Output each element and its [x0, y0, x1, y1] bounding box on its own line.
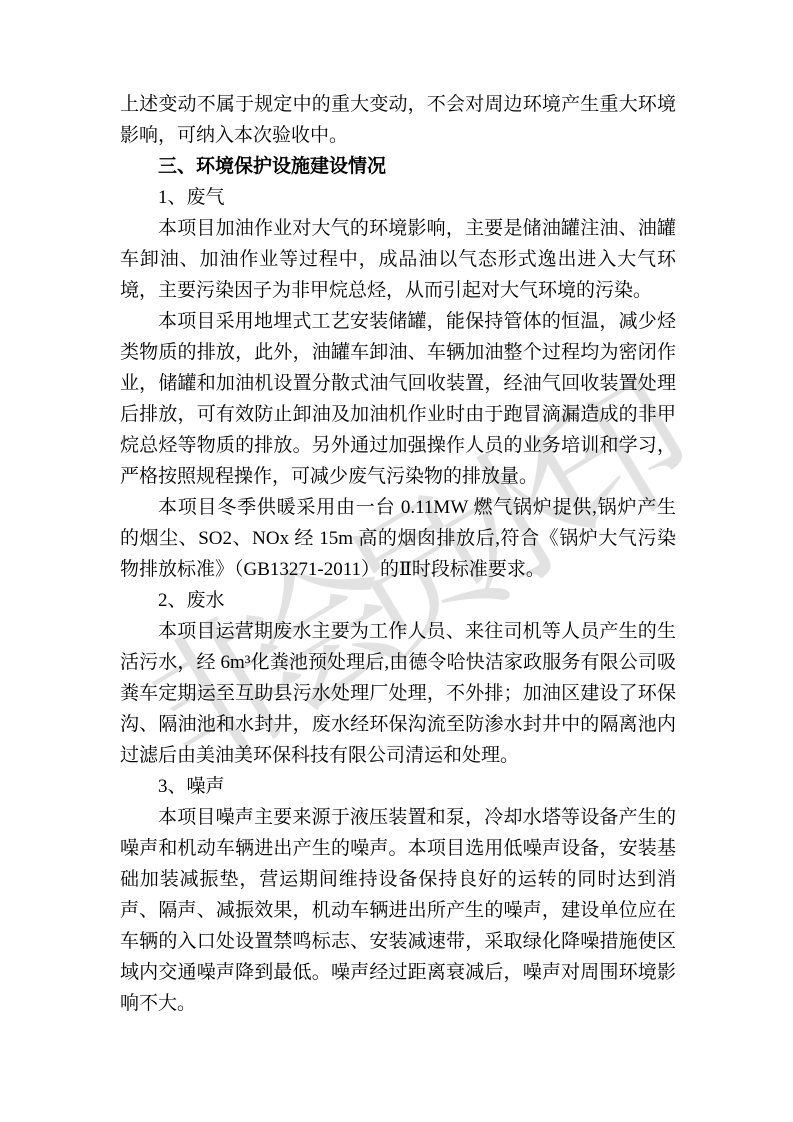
paragraph-carryover: 上述变动不属于规定中的重大变动，不会对周边环境产生重大环境影响，可纳入本次验收中… [120, 89, 676, 151]
subheading-waste-gas: 1、废气 [120, 182, 676, 213]
paragraph-noise: 本项目噪声主要来源于液压装置和泵，冷却水塔等设备产生的噪声和机动车辆进出产生的噪… [120, 802, 676, 1019]
document-body: 上述变动不属于规定中的重大变动，不会对周边环境产生重大环境影响，可纳入本次验收中… [120, 89, 676, 1019]
section-heading-environmental-protection-facilities: 三、环境保护设施建设情况 [120, 151, 676, 182]
subheading-wastewater: 2、废水 [120, 585, 676, 616]
paragraph-waste-gas-measures: 本项目采用地埋式工艺安装储罐，能保持管体的恒温，减少烃类物质的排放，此外，油罐车… [120, 306, 676, 492]
subheading-noise: 3、噪声 [120, 771, 676, 802]
document-page: 非会员水印 上述变动不属于规定中的重大变动，不会对周边环境产生重大环境影响，可纳… [0, 0, 793, 1122]
paragraph-wastewater: 本项目运营期废水主要为工作人员、来往司机等人员产生的生活污水，经 6m³化粪池预… [120, 616, 676, 771]
paragraph-boiler-heating: 本项目冬季供暖采用由一台 0.11MW 燃气锅炉提供,锅炉产生的烟尘、SO2、N… [120, 492, 676, 585]
paragraph-waste-gas-impact: 本项目加油作业对大气的环境影响，主要是储油罐注油、油罐车卸油、加油作业等过程中，… [120, 213, 676, 306]
